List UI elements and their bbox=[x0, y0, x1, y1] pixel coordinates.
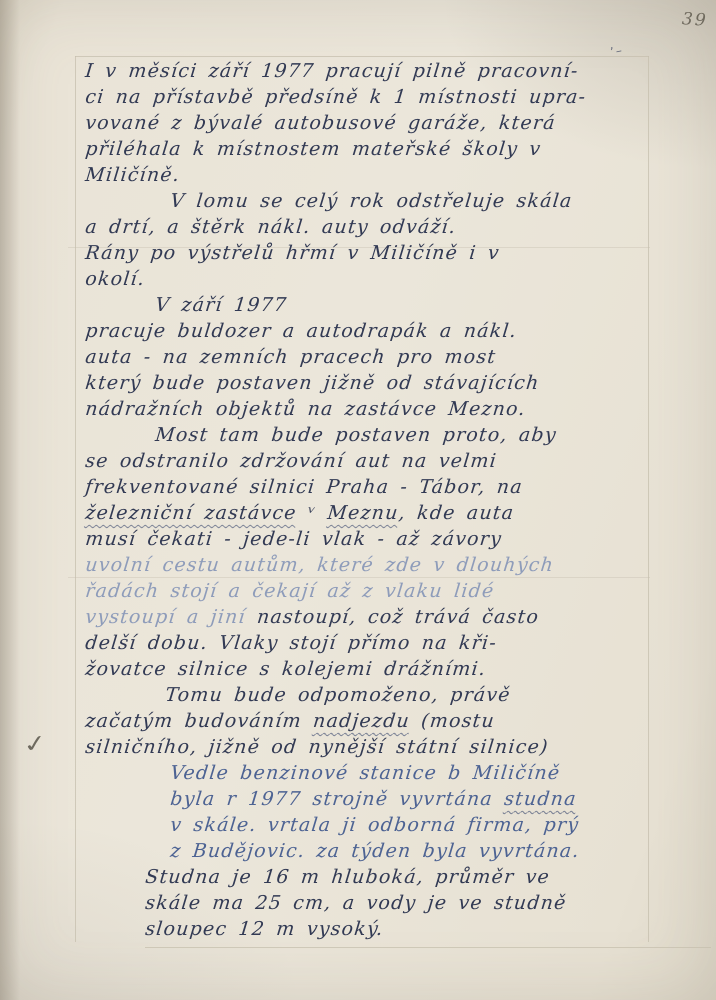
handwriting-line: z Budějovic. za týden byla vyvrtána. bbox=[84, 838, 653, 864]
handwriting-line: silničního, jižně od nynější státní siln… bbox=[84, 734, 653, 760]
handwriting-segment: V září 1977 bbox=[154, 294, 288, 316]
handwriting-segment: žovatce silnice s kolejemi drážními. bbox=[84, 658, 487, 680]
handwriting-line: přiléhala k místnostem mateřské školy v bbox=[84, 136, 653, 162]
paragraph-nadjezd: Tomu bude odpomoženo, právězačatým budov… bbox=[84, 682, 650, 760]
handwriting-line: žovatce silnice s kolejemi drážními. bbox=[84, 656, 653, 682]
handwriting-line: vystoupí a jiní nastoupí, což trává čast… bbox=[84, 604, 653, 630]
handwriting-line: vované z bývalé autobusové garáže, která bbox=[84, 110, 653, 136]
handwriting-segment: uvolní cestu autům, které zde v dlouhých bbox=[84, 554, 555, 576]
handwriting-line: Tomu bude odpomoženo, právě bbox=[84, 682, 653, 708]
handwriting-segment: pracuje buldozer a autodrapák a nákl. bbox=[84, 320, 518, 342]
handwriting-line: Most tam bude postaven proto, aby bbox=[84, 422, 653, 448]
handwriting-segment: ci na přístavbě předsíně k 1 místnosti u… bbox=[84, 86, 587, 108]
handwriting-segment: delší dobu. Vlaky stojí přímo na kři- bbox=[84, 632, 498, 654]
handwriting-segment: začatým budováním bbox=[84, 710, 314, 732]
handwritten-text-block: I v měsíci září 1977 pracují pilně praco… bbox=[84, 58, 650, 942]
handwriting-segment: Miličíně. bbox=[84, 164, 181, 186]
handwriting-segment: ᵛ bbox=[296, 502, 329, 524]
paragraph-zari-1977-most: V září 1977pracuje buldozer a autodrapák… bbox=[84, 292, 650, 422]
handwriting-segment: Vedle benzinové stanice b Miličíně bbox=[169, 762, 561, 784]
handwriting-segment: nadjezdu bbox=[312, 710, 411, 732]
handwriting-line: frekventované silnici Praha - Tábor, na bbox=[84, 474, 653, 500]
handwriting-line: V září 1977 bbox=[84, 292, 653, 318]
handwriting-segment: nastoupí, což trává často bbox=[256, 606, 540, 628]
paragraph-studna-parametry: Studna je 16 m hluboká, průměr veskále m… bbox=[84, 864, 650, 942]
margin-rule-left bbox=[75, 56, 76, 942]
handwriting-segment: musí čekati - jede-li vlak - až závory bbox=[84, 528, 503, 550]
handwriting-segment: nádražních objektů na zastávce Mezno. bbox=[84, 398, 527, 420]
handwriting-line: Miličíně. bbox=[84, 162, 653, 188]
handwriting-segment: Studna je 16 m hluboká, průměr ve bbox=[144, 866, 551, 888]
handwriting-segment: silničního, jižně od nynější státní siln… bbox=[84, 736, 550, 758]
stray-pencil-mark: ʼ– bbox=[609, 43, 625, 60]
paragraph-studna-vrtani: Vedle benzinové stanice b Miličíněbyla r… bbox=[84, 760, 650, 864]
handwriting-segment: , kde auta bbox=[398, 502, 516, 524]
handwriting-segment: Rány po výstřelů hřmí v Miličíně i v bbox=[84, 242, 501, 264]
handwriting-segment: V lomu se celý rok odstřeluje skála bbox=[169, 190, 574, 212]
handwriting-line: ci na přístavbě předsíně k 1 místnosti u… bbox=[84, 84, 653, 110]
handwriting-segment: železniční zastávce bbox=[84, 502, 298, 524]
handwriting-line: začatým budováním nadjezdu (mostu bbox=[84, 708, 653, 734]
margin-rule-top bbox=[75, 56, 649, 57]
handwriting-line: řadách stojí a čekají až z vlaku lidé bbox=[84, 578, 653, 604]
page-number: 39 bbox=[681, 9, 708, 31]
margin-rule-bottom bbox=[145, 947, 711, 948]
handwriting-segment: přiléhala k místnostem mateřské školy v bbox=[84, 138, 542, 160]
handwriting-segment: okolí. bbox=[84, 268, 146, 290]
handwriting-segment: auta - na zemních pracech pro most bbox=[84, 346, 497, 368]
book-gutter-shadow bbox=[0, 0, 20, 1000]
handwriting-line: musí čekati - jede-li vlak - až závory bbox=[84, 526, 653, 552]
handwriting-segment: vované z bývalé autobusové garáže, která bbox=[84, 112, 557, 134]
handwriting-segment: Tomu bude odpomoženo, právě bbox=[164, 684, 512, 706]
handwriting-line: který bude postaven jižně od stávajících bbox=[84, 370, 653, 396]
handwriting-line: I v měsíci září 1977 pracují pilně praco… bbox=[84, 58, 653, 84]
handwriting-segment: sloupec 12 m vysoký. bbox=[144, 918, 385, 940]
handwriting-line: skále ma 25 cm, a vody je ve studně bbox=[84, 890, 653, 916]
handwriting-line: pracuje buldozer a autodrapák a nákl. bbox=[84, 318, 653, 344]
handwriting-line: delší dobu. Vlaky stojí přímo na kři- bbox=[84, 630, 653, 656]
handwriting-line: byla r 1977 strojně vyvrtána studna bbox=[84, 786, 653, 812]
handwriting-line: uvolní cestu autům, které zde v dlouhých bbox=[84, 552, 653, 578]
handwriting-segment: který bude postaven jižně od stávajících bbox=[84, 372, 540, 394]
handwriting-segment: vystoupí a jiní bbox=[84, 606, 258, 628]
handwriting-line: okolí. bbox=[84, 266, 653, 292]
handwriting-segment: se odstranilo zdržování aut na velmi bbox=[84, 450, 498, 472]
handwriting-line: železniční zastávce ᵛ Meznu, kde auta bbox=[84, 500, 653, 526]
handwriting-segment: skále ma 25 cm, a vody je ve studně bbox=[144, 892, 568, 914]
handwriting-segment: I v měsíci září 1977 pracují pilně praco… bbox=[84, 60, 580, 82]
handwriting-segment: řadách stojí a čekají až z vlaku lidé bbox=[84, 580, 495, 602]
handwriting-line: sloupec 12 m vysoký. bbox=[84, 916, 653, 942]
handwriting-segment: v skále. vrtala ji odborná firma, prý bbox=[169, 814, 580, 836]
margin-checkmark: ✓ bbox=[21, 730, 50, 759]
handwriting-line: v skále. vrtala ji odborná firma, prý bbox=[84, 812, 653, 838]
handwriting-line: V lomu se celý rok odstřeluje skála bbox=[84, 188, 653, 214]
handwriting-segment: Meznu bbox=[326, 502, 399, 524]
handwriting-line: a drtí, a štěrk nákl. auty odváží. bbox=[84, 214, 653, 240]
paragraph-uprava-garaze: I v měsíci září 1977 pracují pilně praco… bbox=[84, 58, 650, 188]
handwriting-line: auta - na zemních pracech pro most bbox=[84, 344, 653, 370]
handwriting-segment: z Budějovic. za týden byla vyvrtána. bbox=[169, 840, 581, 862]
handwriting-segment: a drtí, a štěrk nákl. auty odváží. bbox=[84, 216, 457, 238]
chronicle-page: 39 ʼ– ✓ I v měsíci září 1977 pracují pil… bbox=[0, 0, 716, 1000]
handwriting-segment: (mostu bbox=[409, 710, 496, 732]
handwriting-line: Rány po výstřelů hřmí v Miličíně i v bbox=[84, 240, 653, 266]
handwriting-segment: studna bbox=[503, 788, 578, 810]
paragraph-duvod-mostu: Most tam bude postaven proto, abyse odst… bbox=[84, 422, 650, 682]
handwriting-segment: frekventované silnici Praha - Tábor, na bbox=[84, 476, 524, 498]
handwriting-segment: Most tam bude postaven proto, aby bbox=[154, 424, 558, 446]
handwriting-segment: byla r 1977 strojně vyvrtána bbox=[169, 788, 505, 810]
handwriting-line: Studna je 16 m hluboká, průměr ve bbox=[84, 864, 653, 890]
paragraph-lom: V lomu se celý rok odstřeluje skálaa drt… bbox=[84, 188, 650, 292]
handwriting-line: nádražních objektů na zastávce Mezno. bbox=[84, 396, 653, 422]
handwriting-line: Vedle benzinové stanice b Miličíně bbox=[84, 760, 653, 786]
handwriting-line: se odstranilo zdržování aut na velmi bbox=[84, 448, 653, 474]
